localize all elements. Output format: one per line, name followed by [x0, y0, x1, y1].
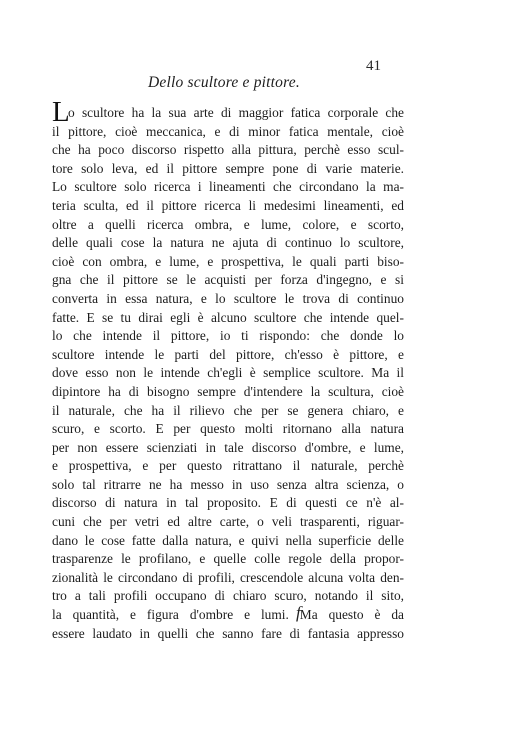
signature-mark: f [296, 603, 301, 623]
text-line: scuro, e scorto. E per questo molti rito… [52, 420, 404, 439]
text-line: teria sculta, ed il pittore ricerca li m… [52, 197, 404, 216]
text-line: cuni che per vetri ed altre carte, o vel… [52, 513, 404, 532]
text-line: zionalità le circondano di profili, cres… [52, 569, 404, 588]
text-line: delle quali cose la natura ne ajuta di c… [52, 234, 404, 253]
text-line: dipintore ha di bisogno sempre d'intende… [52, 383, 404, 402]
text-line: il naturale, che ha il rilievo che per s… [52, 402, 404, 421]
drop-cap: L [52, 98, 70, 127]
text-line: per non essere scienziati in tale discor… [52, 439, 404, 458]
section-heading: Dello scultore e pittore. [148, 74, 300, 92]
text-line: e prospettiva, e per questo ritrattano i… [52, 457, 404, 476]
page-number: 41 [366, 58, 381, 75]
text-line: dano le cose fatte dalla natura, e quivi… [52, 532, 404, 551]
text-line: discorso di natura in tal proposito. E d… [52, 494, 404, 513]
text-line: che ha poco discorso rispetto alla pittu… [52, 141, 404, 160]
text-line: solo tal ritrarre ne ha messo in uso sen… [52, 476, 404, 495]
text-line: converta in essa natura, e lo scultore l… [52, 290, 404, 309]
text-line: tro a tali profili occupano di chiaro sc… [52, 587, 404, 606]
text-line: il pittore, cioè meccanica, e di minor f… [52, 123, 404, 142]
body-text: L o scultore ha la sua arte di maggior f… [52, 104, 404, 643]
text-line: lo che intende il pittore, io ti rispond… [52, 327, 404, 346]
text-line: tore solo leva, ed il pittore sempre pon… [52, 160, 404, 179]
text-line: dove esso non le intende ch'egli è sempl… [52, 364, 404, 383]
text-line: cioè con ombra, e lume, e prospettiva, l… [52, 253, 404, 272]
text-line: oltre a quelli ricerca ombra, e lume, co… [52, 216, 404, 235]
text-line: Lo scultore solo ricerca i lineamenti ch… [52, 178, 404, 197]
text-line: fatte. E se tu dirai egli è alcuno scult… [52, 309, 404, 328]
text-line: scultore intende le parti del pittore, c… [52, 346, 404, 365]
text-line: trasparenze le profilano, e quelle colle… [52, 550, 404, 569]
text-line: gna che il pittore se le acquisti per fo… [52, 271, 404, 290]
text-line: o scultore ha la sua arte di maggior fat… [52, 104, 404, 123]
text-line: essere laudato in quelli che sanno fare … [52, 625, 404, 644]
text-line: la quantità, e figura d'ombre e lumi. Ma… [52, 606, 404, 625]
